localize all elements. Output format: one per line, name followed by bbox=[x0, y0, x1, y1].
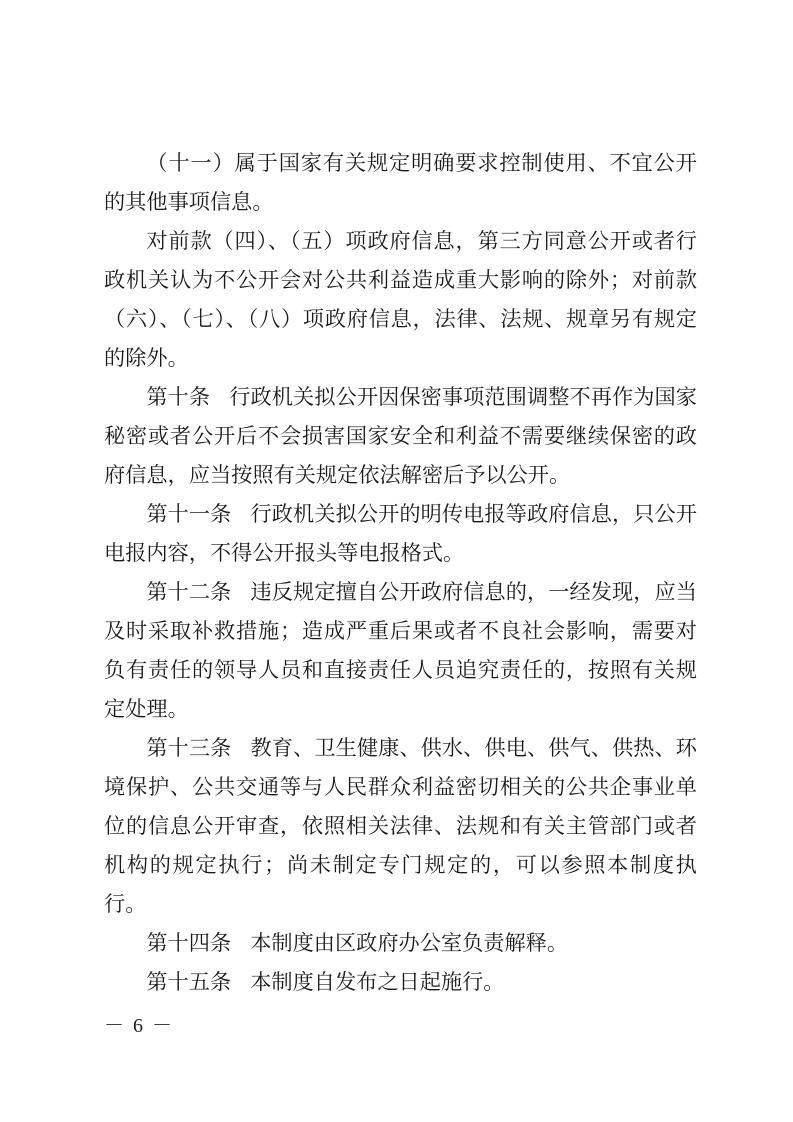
document-body: （十一）属于国家有关规定明确要求控制使用、不宜公开的其他事项信息。 对前款（四）… bbox=[104, 143, 697, 1001]
article-14: 第十四条本制度由区政府办公室负责解释。 bbox=[104, 923, 697, 962]
article-number: 第十条 bbox=[146, 384, 210, 409]
paragraph-text: 对前款（四）、（五）项政府信息，第三方同意公开或者行政机关认为不公开会对公共利益… bbox=[104, 228, 697, 370]
article-number: 第十四条 bbox=[146, 930, 231, 955]
article-number: 第十一条 bbox=[146, 501, 231, 526]
paragraph-text: （十一）属于国家有关规定明确要求控制使用、不宜公开的其他事项信息。 bbox=[104, 150, 697, 214]
article-number: 第十五条 bbox=[146, 969, 231, 994]
article-12: 第十二条违反规定擅自公开政府信息的，一经发现，应当及时采取补救措施；造成严重后果… bbox=[104, 572, 697, 728]
article-number: 第十三条 bbox=[146, 735, 231, 760]
paragraph-item-11: （十一）属于国家有关规定明确要求控制使用、不宜公开的其他事项信息。 bbox=[104, 143, 697, 221]
article-number: 第十二条 bbox=[146, 579, 231, 604]
article-text: 本制度自发布之日起施行。 bbox=[250, 969, 504, 994]
page-number: － 6 － bbox=[104, 1009, 174, 1038]
paragraph-exceptions: 对前款（四）、（五）项政府信息，第三方同意公开或者行政机关认为不公开会对公共利益… bbox=[104, 221, 697, 377]
article-10: 第十条行政机关拟公开因保密事项范围调整不再作为国家秘密或者公开后不会损害国家安全… bbox=[104, 377, 697, 494]
article-13: 第十三条教育、卫生健康、供水、供电、供气、供热、环境保护、公共交通等与人民群众利… bbox=[104, 728, 697, 923]
article-11: 第十一条行政机关拟公开的明传电报等政府信息，只公开电报内容，不得公开报头等电报格… bbox=[104, 494, 697, 572]
article-text: 本制度由区政府办公室负责解释。 bbox=[250, 930, 568, 955]
article-text: 教育、卫生健康、供水、供电、供气、供热、环境保护、公共交通等与人民群众利益密切相… bbox=[104, 735, 697, 916]
article-15: 第十五条本制度自发布之日起施行。 bbox=[104, 962, 697, 1001]
